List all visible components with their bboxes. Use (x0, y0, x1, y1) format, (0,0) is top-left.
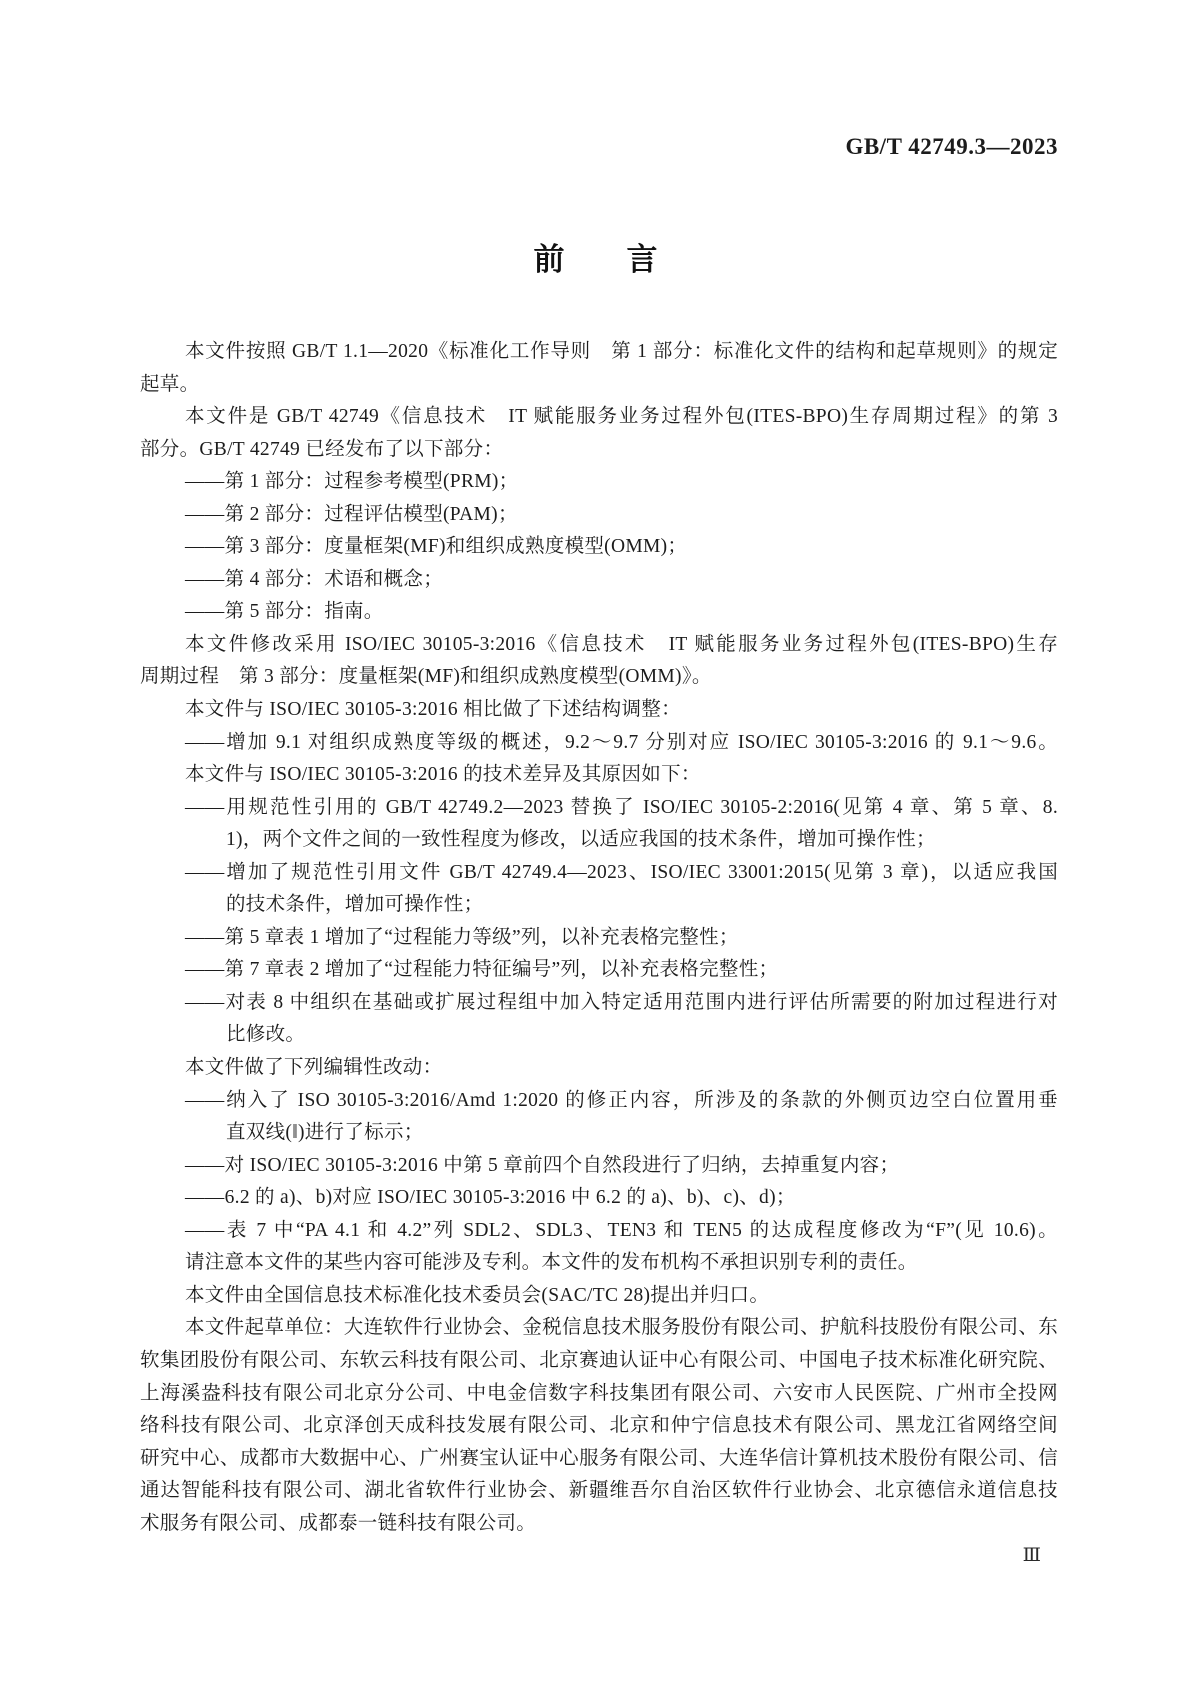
document-line: ——第 4 部分：术语和概念； (140, 564, 1058, 597)
document-line: 直双线(‖)进行了标示； (140, 1117, 1058, 1150)
page-title: 前 言 (0, 234, 1191, 279)
document-line: ——用规范性引用的 GB/T 42749.2—2023 替换了 ISO/IEC … (140, 792, 1058, 825)
document-body: 本文件按照 GB/T 1.1—2020《标准化工作导则 第 1 部分：标准化文件… (140, 336, 1058, 1540)
document-line: 的技术条件，增加可操作性； (140, 889, 1058, 922)
document-line: ——纳入了 ISO 30105-3:2016/Amd 1:2020 的修正内容，… (140, 1085, 1058, 1118)
document-line: ——第 3 部分：度量框架(MF)和组织成熟度模型(OMM)； (140, 531, 1058, 564)
document-line: ——对 ISO/IEC 30105-3:2016 中第 5 章前四个自然段进行了… (140, 1150, 1058, 1183)
document-line: 起草。 (140, 369, 1058, 402)
standard-number: GB/T 42749.3—2023 (845, 134, 1058, 160)
document-line: 软集团股份有限公司、东软云科技有限公司、北京赛迪认证中心有限公司、中国电子技术标… (140, 1345, 1058, 1378)
document-line: 络科技有限公司、北京泽创天成科技发展有限公司、北京和仲宁信息技术有限公司、黑龙江… (140, 1410, 1058, 1443)
document-line: 本文件由全国信息技术标准化技术委员会(SAC/TC 28)提出并归口。 (140, 1280, 1058, 1313)
document-line: ——第 2 部分：过程评估模型(PAM)； (140, 499, 1058, 532)
document-line: 周期过程 第 3 部分：度量框架(MF)和组织成熟度模型(OMM)》。 (140, 661, 1058, 694)
document-line: 比修改。 (140, 1019, 1058, 1052)
document-line: 通达智能科技有限公司、湖北省软件行业协会、新疆维吾尔自治区软件行业协会、北京德信… (140, 1475, 1058, 1508)
page-number: Ⅲ (1023, 1544, 1041, 1567)
document-line: 本文件做了下列编辑性改动： (140, 1052, 1058, 1085)
document-line: ——增加了规范性引用文件 GB/T 42749.4—2023、ISO/IEC 3… (140, 857, 1058, 890)
document-line: 研究中心、成都市大数据中心、广州赛宝认证中心服务有限公司、大连华信计算机技术股份… (140, 1443, 1058, 1476)
document-line: 本文件按照 GB/T 1.1—2020《标准化工作导则 第 1 部分：标准化文件… (140, 336, 1058, 369)
document-line: 1)，两个文件之间的一致性程度为修改，以适应我国的技术条件，增加可操作性； (140, 824, 1058, 857)
document-line: 本文件起草单位：大连软件行业协会、金税信息技术服务股份有限公司、护航科技股份有限… (140, 1312, 1058, 1345)
document-line: ——表 7 中“PA 4.1 和 4.2”列 SDL2、SDL3、TEN3 和 … (140, 1215, 1058, 1248)
document-line: ——第 7 章表 2 增加了“过程能力特征编号”列，以补充表格完整性； (140, 954, 1058, 987)
document-line: ——对表 8 中组织在基础或扩展过程组中加入特定适用范围内进行评估所需要的附加过… (140, 987, 1058, 1020)
document-line: 术服务有限公司、成都泰一链科技有限公司。 (140, 1508, 1058, 1541)
document-line: ——6.2 的 a)、b)对应 ISO/IEC 30105-3:2016 中 6… (140, 1182, 1058, 1215)
document-page: GB/T 42749.3—2023 前 言 本文件按照 GB/T 1.1—202… (0, 0, 1191, 1684)
document-line: 部分。GB/T 42749 已经发布了以下部分： (140, 434, 1058, 467)
document-line: 本文件是 GB/T 42749《信息技术 IT 赋能服务业务过程外包(ITES-… (140, 401, 1058, 434)
document-line: ——第 5 部分：指南。 (140, 596, 1058, 629)
document-line: ——第 5 章表 1 增加了“过程能力等级”列，以补充表格完整性； (140, 922, 1058, 955)
document-line: 上海溪盎科技有限公司北京分公司、中电金信数字科技集团有限公司、六安市人民医院、广… (140, 1378, 1058, 1411)
document-line: ——增加 9.1 对组织成熟度等级的概述，9.2～9.7 分别对应 ISO/IE… (140, 727, 1058, 760)
document-line: 本文件与 ISO/IEC 30105-3:2016 相比做了下述结构调整： (140, 694, 1058, 727)
document-line: 本文件与 ISO/IEC 30105-3:2016 的技术差异及其原因如下： (140, 759, 1058, 792)
document-line: ——第 1 部分：过程参考模型(PRM)； (140, 466, 1058, 499)
document-line: 本文件修改采用 ISO/IEC 30105-3:2016《信息技术 IT 赋能服… (140, 629, 1058, 662)
document-line: 请注意本文件的某些内容可能涉及专利。本文件的发布机构不承担识别专利的责任。 (140, 1247, 1058, 1280)
